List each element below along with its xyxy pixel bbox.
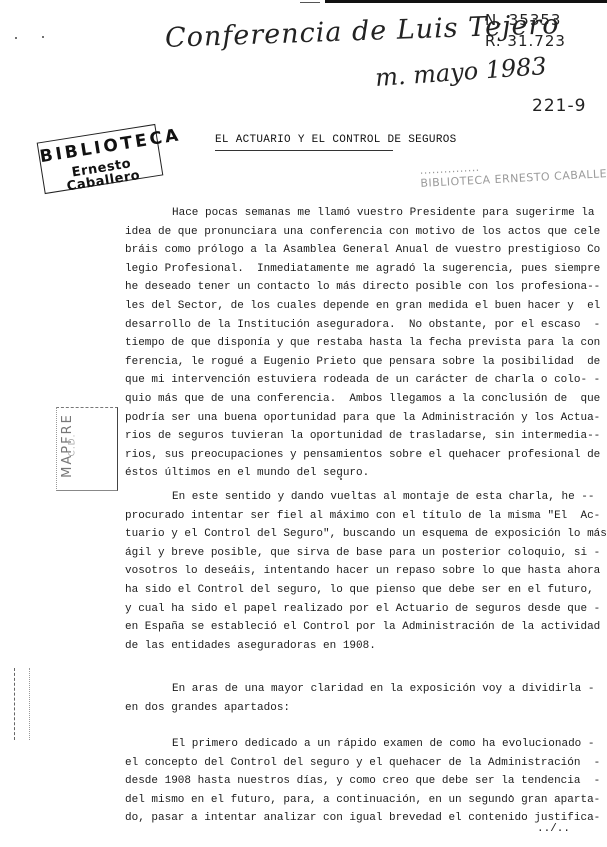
text-line: Hace pocas semanas me llamó vuestro Pres… — [125, 204, 575, 223]
paragraph-3: En aras de una mayor claridad en la expo… — [125, 680, 575, 717]
text-line: desde 1908 hasta nuestros días, y como c… — [125, 772, 575, 791]
margin-mark — [14, 668, 30, 740]
library-stamp: BIBLIOTECA Ernesto Caballero — [37, 124, 164, 194]
document-page: Conferencia de Luis Tejero m. mayo 1983 … — [0, 0, 607, 847]
scan-speck — [42, 36, 44, 38]
reference-number: N. 35353 — [485, 11, 561, 29]
text-line: rios, sus preocupaciones y pensamientos … — [125, 446, 575, 465]
text-line: que mi intervención estuviera rodeada de… — [125, 371, 575, 390]
text-line: rios de seguros tuvieran la oportunidad … — [125, 427, 575, 446]
text-line: En este sentido y dando vueltas al monta… — [125, 488, 575, 507]
title-underline — [215, 150, 393, 151]
text-line: en España se estableció el Control por l… — [125, 618, 575, 637]
text-line: ferencia, le rogué a Eugenio Prieto que … — [125, 353, 575, 372]
scan-speck — [340, 478, 342, 480]
scan-edge-mark — [300, 2, 320, 3]
faded-library-stamp: ............... BIBLIOTECA ERNESTO CABAL… — [419, 156, 570, 190]
text-line: vosotros lo deseáis, intentando hacer un… — [125, 562, 575, 581]
text-line: desarrollo de la Institución aseguradora… — [125, 316, 575, 335]
continuation-mark: ../.. — [537, 823, 570, 835]
text-line: El primero dedicado a un rápido examen d… — [125, 735, 575, 754]
text-line: ha sido el Control del seguro, lo que pi… — [125, 581, 575, 600]
text-line: legio Profesional. Inmediatamente me agr… — [125, 260, 575, 279]
text-line: les del Sector, de los cuales depende en… — [125, 297, 575, 316]
paragraph-2: En este sentido y dando vueltas al monta… — [125, 488, 575, 655]
paragraph-4: El primero dedicado a un rápido examen d… — [125, 735, 575, 828]
register-number: R. 31.723 — [485, 32, 566, 50]
scan-edge-line — [325, 0, 607, 3]
text-line: do, pasar a intentar analizar con igual … — [125, 809, 575, 828]
document-title: EL ACTUARIO Y EL CONTROL DE SEGUROS — [215, 134, 457, 146]
text-line: procurado intentar ser fiel al máximo co… — [125, 507, 575, 526]
text-line: éstos últimos en el mundo del seguro. — [125, 464, 575, 483]
text-line: y cual ha sido el papel realizado por el… — [125, 600, 575, 619]
handwritten-date: m. mayo 1983 — [374, 52, 547, 92]
side-stamp-subtext: C.D. — [67, 434, 77, 457]
text-line: bráis como prólogo a la Asamblea General… — [125, 241, 575, 260]
scan-speck — [510, 795, 512, 797]
text-line: idea de que pronunciara una conferencia … — [125, 223, 575, 242]
classification-code: 221-9 — [532, 96, 586, 116]
text-line: quio más que de una conferencia. Ambos l… — [125, 390, 575, 409]
text-line: tiempo de que disponía y que restaba has… — [125, 334, 575, 353]
text-line: el concepto del Control del seguro y el … — [125, 754, 575, 773]
text-line: podría ser una buena oportunidad para qu… — [125, 409, 575, 428]
scan-speck — [15, 37, 17, 39]
text-line: de las entidades aseguradoras en 1908. — [125, 637, 575, 656]
text-line: del mismo en el futuro, para, a continua… — [125, 791, 575, 810]
text-line: ágil y breve posible, que sirva de base … — [125, 544, 575, 563]
text-line: he deseado tener un contacto lo más dire… — [125, 278, 575, 297]
mapfre-side-stamp: MAPFRE C.D. — [56, 407, 118, 491]
text-line: en dos grandes apartados: — [125, 699, 575, 718]
text-line: En aras de una mayor claridad en la expo… — [125, 680, 575, 699]
text-line: tuario y el Control del Seguro", buscand… — [125, 525, 575, 544]
paragraph-1: Hace pocas semanas me llamó vuestro Pres… — [125, 204, 575, 483]
